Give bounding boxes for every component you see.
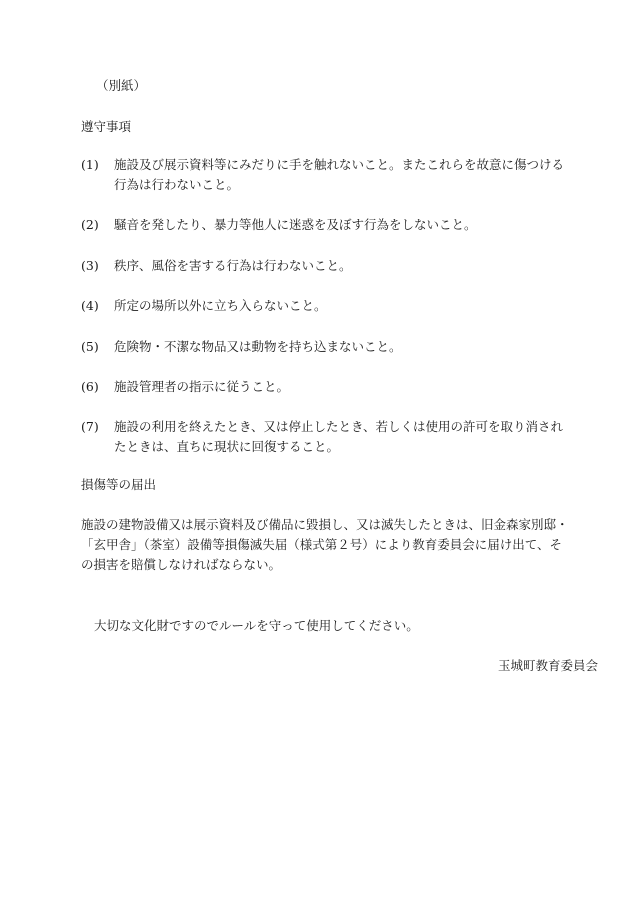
item-text: たときは、直ちに現状に回復すること。: [114, 438, 339, 456]
compliance-heading: 遵守事項: [81, 118, 131, 136]
damage-paragraph-line: の損害を賠償しなければならない。: [81, 556, 281, 574]
damage-heading: 損傷等の届出: [81, 476, 156, 494]
damage-paragraph-line: 施設の建物設備又は展示資料及び備品に毀損し、又は滅失したときは、旧金森家別邸・: [81, 516, 569, 534]
attachment-label: （別紙）: [96, 77, 146, 95]
item-number: (1): [81, 156, 99, 174]
item-text: 所定の場所以外に立ち入らないこと。: [114, 297, 327, 315]
item-text: 行為は行わないこと。: [114, 176, 239, 194]
item-text: 秩序、風俗を害する行為は行わないこと。: [114, 257, 352, 275]
signature: 玉城町教育委員会: [498, 657, 598, 675]
item-number: (4): [81, 297, 99, 315]
item-number: (3): [81, 257, 99, 275]
damage-paragraph-line: 「玄甲舎」（茶室）設備等損傷滅失届（様式第２号）により教育委員会に届け出て、そ: [81, 536, 562, 554]
item-text: 施設の利用を終えたとき、又は停止したとき、若しくは使用の許可を取り消され: [114, 418, 563, 436]
item-number: (6): [81, 378, 99, 396]
item-number: (2): [81, 216, 99, 234]
item-number: (7): [81, 418, 99, 436]
item-number: (5): [81, 338, 99, 356]
item-text: 施設管理者の指示に従うこと。: [114, 378, 289, 396]
item-text: 騒音を発したり、暴力等他人に迷惑を及ぼす行為をしないこと。: [114, 216, 477, 234]
item-text: 危険物・不潔な物品又は動物を持ち込まないこと。: [114, 338, 402, 356]
closing-message: 大切な文化財ですのでルールを守って使用してください。: [94, 617, 419, 635]
document-page: （別紙） 遵守事項 (1) 施設及び展示資料等にみだりに手を触れないこと。またこ…: [0, 0, 630, 903]
item-text: 施設及び展示資料等にみだりに手を触れないこと。またこれらを故意に傷つける: [114, 156, 564, 174]
